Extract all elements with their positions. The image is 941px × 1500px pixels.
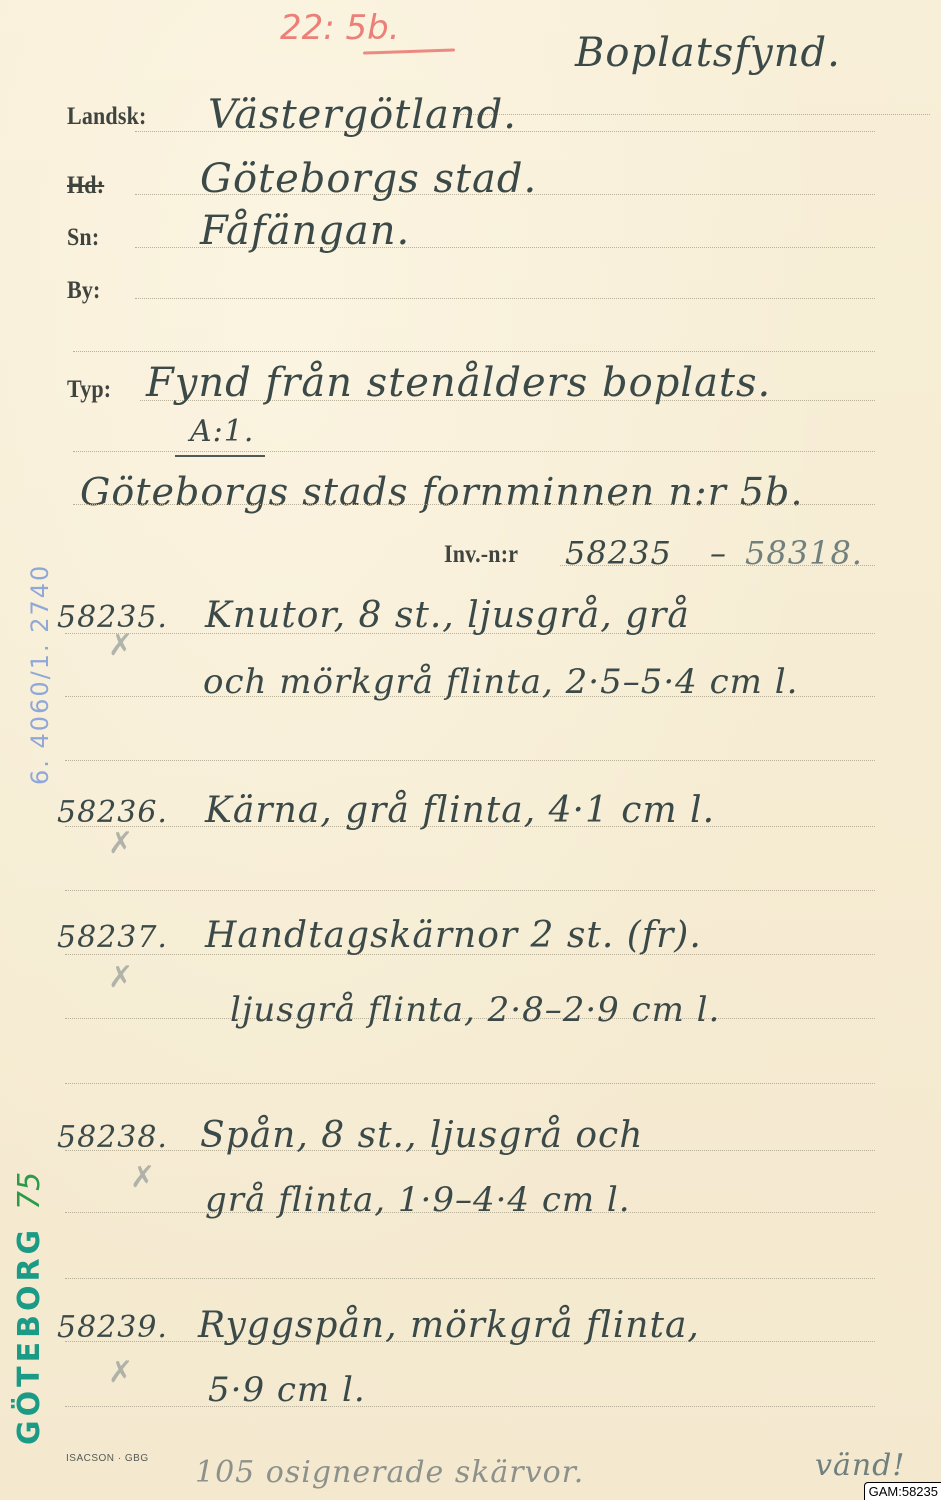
dotted-rule xyxy=(73,504,875,505)
sn-value: Fåfängan. xyxy=(200,208,410,254)
entry-line2: grå flinta, 1·9–4·4 cm l. xyxy=(205,1180,631,1220)
landsk-label: Landsk: xyxy=(67,103,147,131)
printer-mark: ISACSON · GBG xyxy=(66,1453,149,1464)
goteborg-stamp: GÖTEBORG xyxy=(12,1226,47,1445)
check-mark-icon: ✗ xyxy=(108,628,133,663)
subcode-underline xyxy=(175,455,265,457)
dotted-rule xyxy=(73,351,875,352)
footer-turn-note: vänd! xyxy=(815,1448,905,1483)
check-mark-icon: ✗ xyxy=(108,826,133,861)
entry-line1: Handtagskärnor 2 st. (fr). xyxy=(205,915,702,956)
entry-line2: ljusgrå flinta, 2·8–2·9 cm l. xyxy=(230,990,720,1030)
dotted-rule xyxy=(65,1278,875,1279)
footer-pencil-note: 105 osignerade skärvor. xyxy=(195,1455,584,1490)
dotted-rule xyxy=(65,890,875,891)
dotted-rule xyxy=(460,114,930,115)
entry-number: 58239. xyxy=(57,1310,168,1345)
typ-subcode: A:1. xyxy=(190,414,254,449)
dotted-rule xyxy=(135,298,875,299)
by-label: By: xyxy=(67,277,101,305)
dotted-rule xyxy=(65,1083,875,1084)
margin-green-number: 75 xyxy=(12,1172,47,1210)
inventory-label: Inv.-n:r xyxy=(444,541,518,569)
check-mark-icon: ✗ xyxy=(108,1355,133,1390)
catalog-ref-red: 22: 5b. xyxy=(280,8,400,48)
entry-line1: Knutor, 8 st., ljusgrå, grå xyxy=(205,595,690,636)
entry-line1: Kärna, grå flinta, 4·1 cm l. xyxy=(205,790,715,831)
inventory-range-end: 58318. xyxy=(745,534,863,572)
catalog-ref-underline xyxy=(363,48,455,54)
check-mark-icon: ✗ xyxy=(130,1160,155,1195)
entry-number: 58238. xyxy=(57,1120,168,1155)
hd-label-struck: Hd: xyxy=(67,172,104,200)
dotted-rule xyxy=(65,760,875,761)
landsk-value: Västergötland. xyxy=(208,92,517,138)
category-text: Boplatsfynd. xyxy=(575,30,841,76)
entry-number: 58236. xyxy=(57,795,168,830)
entry-line1: Ryggspån, mörkgrå flinta, xyxy=(198,1305,700,1346)
typ-value: Fynd från stenålders boplats. xyxy=(146,360,771,406)
archive-id-label: GAM:58235 xyxy=(864,1482,941,1500)
dotted-rule xyxy=(65,1406,875,1407)
entry-number: 58237. xyxy=(57,920,168,955)
dotted-rule xyxy=(73,451,875,452)
sn-label: Sn: xyxy=(67,224,99,252)
inventory-range-start: 58235 xyxy=(565,534,672,572)
margin-blue-reference: 6. 4060/1. 2740 xyxy=(26,564,54,785)
hd-value: Göteborgs stad. xyxy=(200,156,537,202)
entry-line2: och mörkgrå flinta, 2·5–5·4 cm l. xyxy=(203,662,798,702)
entry-line2: 5·9 cm l. xyxy=(208,1370,366,1410)
monument-line: Göteborgs stads fornminnen n:r 5b. xyxy=(80,470,803,514)
inventory-separator: – xyxy=(710,534,727,572)
check-mark-icon: ✗ xyxy=(108,960,133,995)
typ-label: Typ: xyxy=(67,376,111,404)
entry-line1: Spån, 8 st., ljusgrå och xyxy=(200,1115,643,1156)
catalog-card: 22: 5b. Boplatsfynd. Landsk: Västergötla… xyxy=(0,0,941,1500)
